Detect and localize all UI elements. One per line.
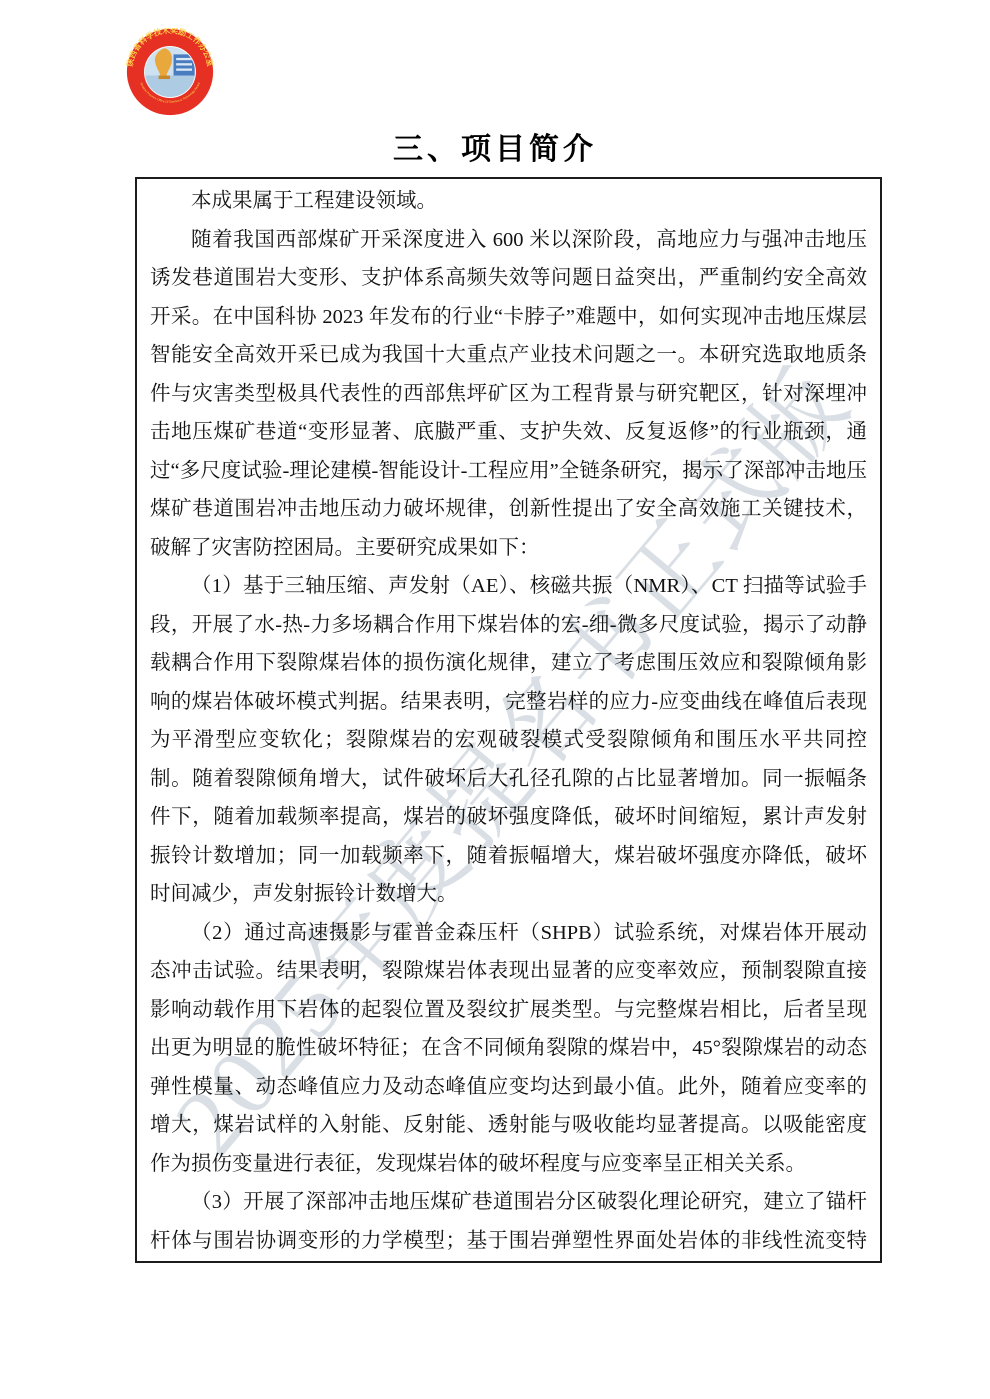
paragraph: （2）通过高速摄影与霍普金森压杆（SHPB）试验系统，对煤岩体开展动态冲击试验。… <box>150 914 867 1184</box>
paragraph: （3）开展了深部冲击地压煤矿巷道围岩分区破裂化理论研究，建立了锚杆杆体与围岩协调… <box>150 1183 867 1263</box>
building-window-band <box>176 63 192 65</box>
trophy-base <box>159 76 170 80</box>
building-window-band <box>176 68 192 70</box>
award-office-seal: 陕西省科学技术奖励工作办公室 Shaanxi Province Office O… <box>126 28 214 116</box>
building-window-band <box>176 58 192 60</box>
document-body: 本成果属于工程建设领域。随着我国西部煤矿开采深度进入 600 米以深阶段，高地应… <box>150 182 867 1263</box>
section-title: 三、项目简介 <box>0 124 990 168</box>
paragraph: （1）基于三轴压缩、声发射（AE）、核磁共振（NMR）、CT 扫描等试验手段，开… <box>150 567 867 914</box>
project-summary-box: 本成果属于工程建设领域。随着我国西部煤矿开采深度进入 600 米以深阶段，高地应… <box>135 177 882 1263</box>
document-page: { "page": { "section_title": "三、项目简介" },… <box>0 0 990 1399</box>
paragraph: 本成果属于工程建设领域。 <box>150 182 867 221</box>
paragraph: 随着我国西部煤矿开采深度进入 600 米以深阶段，高地应力与强冲击地压诱发巷道围… <box>150 221 867 568</box>
seal-graphic: 陕西省科学技术奖励工作办公室 Shaanxi Province Office O… <box>126 28 214 116</box>
